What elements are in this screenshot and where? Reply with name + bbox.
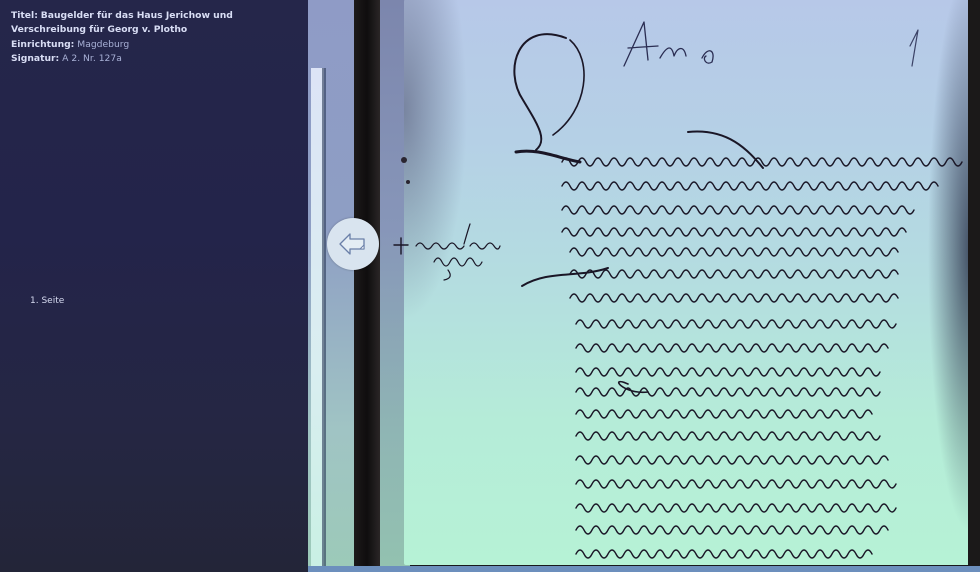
institution-value: Magdeburg bbox=[77, 39, 129, 50]
title-value-line1: Baugelder für das Haus Jerichow und bbox=[41, 10, 233, 21]
sidebar: Titel: Baugelder für das Haus Jerichow u… bbox=[0, 0, 308, 572]
title-row: Titel: Baugelder für das Haus Jerichow u… bbox=[11, 9, 301, 23]
title-row-continued: Verschreibung für Georg v. Plotho bbox=[11, 23, 301, 37]
page-list: 1. Seite bbox=[30, 296, 64, 306]
title-value-line2: Verschreibung für Georg v. Plotho bbox=[11, 24, 187, 35]
arrow-left-icon bbox=[338, 231, 368, 257]
signature-value: A 2. Nr. 127a bbox=[62, 53, 122, 64]
signature-row: Signatur: A 2. Nr. 127a bbox=[11, 52, 301, 66]
institution-label: Einrichtung: bbox=[11, 39, 74, 50]
image-viewer[interactable] bbox=[308, 0, 980, 572]
document-metadata: Titel: Baugelder für das Haus Jerichow u… bbox=[11, 9, 301, 66]
previous-page-button[interactable] bbox=[327, 218, 379, 270]
page-list-item[interactable]: 1. Seite bbox=[30, 296, 64, 306]
signature-label: Signatur: bbox=[11, 53, 59, 64]
title-label: Titel: bbox=[11, 10, 38, 21]
handwriting-ink bbox=[308, 0, 980, 572]
viewer-bottom-bar bbox=[308, 566, 980, 572]
institution-row: Einrichtung: Magdeburg bbox=[11, 38, 301, 52]
